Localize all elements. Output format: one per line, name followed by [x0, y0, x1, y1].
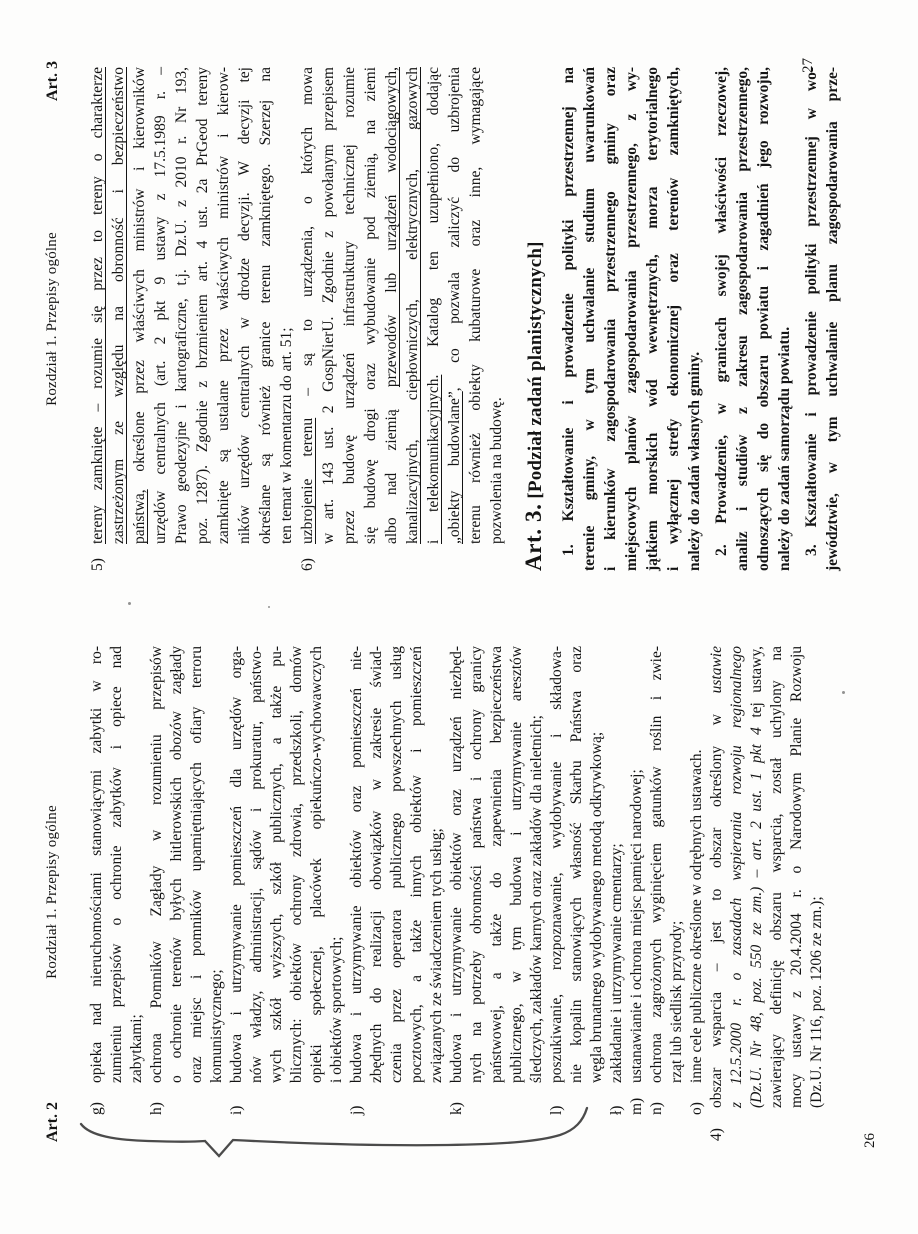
list-item-5: 5)tereny zamknięte – rozumie się przez t… [87, 67, 297, 571]
text-line: budowa i utrzymywanie pomieszczeń dla ur… [227, 646, 247, 1083]
text-line: uzbrojenie terenu – są to urządzenia, o … [297, 67, 318, 544]
text-line: nów władzy, administracji, sądów i proku… [247, 646, 267, 1083]
text-line: 2. Prowadzenie, w granicach swojej właśc… [711, 67, 732, 571]
text-line: komunistycznego; [207, 646, 227, 1083]
scanned-book-spread: Art. 2 Rozdział 1. Przepisy ogólne g)opi… [0, 0, 918, 1234]
text-line: Art. 3. [Podział zadań planistycznych] [522, 67, 548, 571]
text-segment: i wyłącznej strefy ekonomicznej oraz ter… [665, 67, 682, 571]
text-line: publicznego, w tym budowa i utrzymywanie… [507, 646, 527, 1083]
running-head-article-left: Art. 2 [44, 1102, 62, 1142]
text-line: i obiektów sportowych; [327, 646, 347, 1083]
item-marker: 6) [297, 558, 318, 571]
text-segment: o ochronie terenów byłych hitlerowskich … [168, 646, 185, 1083]
text-line: zumieniu przepisów o ochronie zabytków i… [107, 646, 127, 1083]
text-line: ustanawianie i ochrona miejsc pamięci na… [627, 646, 647, 1083]
text-line: zbędnych do realizacji obowiązków w zakr… [367, 646, 387, 1083]
rotated-page-spread: Art. 2 Rozdział 1. Przepisy ogólne g)opi… [0, 0, 918, 1234]
text-segment: urzędów centralnych (art. 2 pkt 9 ustawy… [152, 67, 169, 544]
text-segment: mocy ustawy z 20.4.2004 r. o Narodowym P… [788, 646, 805, 1108]
text-line: obszar wsparcia – jest to obszar określo… [707, 646, 727, 1108]
text-segment: przewodów lub urządzeń wodociągowych, [383, 67, 400, 387]
list-item-ł: ł)zakładanie i utrzymywanie cmentarzy; [607, 646, 627, 1116]
text-segment: jątkiem morskich wód wewnętrznych, morza… [644, 67, 661, 571]
item-marker: 4) [707, 1128, 727, 1141]
text-line: należy do zadań samorządu powiatu. [774, 67, 795, 571]
list-item-i: i)budowa i utrzymywanie pomieszczeń dla … [227, 646, 347, 1116]
page-number: 27 [800, 58, 817, 73]
text-segment: terenie gminy, w tym uchwalanie studium … [581, 67, 598, 571]
text-segment: zawierający definicję obszaru wsparcia, … [768, 646, 785, 1108]
text-segment: 3. Kształtowanie i prowadzenie polityki … [803, 67, 820, 556]
text-segment: (Dz.U. Nr 116, poz. 1206 ze zm.); [808, 896, 825, 1108]
text-segment: 2. Prowadzenie, w granicach swojej właśc… [713, 67, 730, 556]
text-segment: określane są również granice terenu zamk… [257, 67, 274, 544]
page-27: Rozdział 1. Przepisy ogólne Art. 3 5)ter… [0, 0, 918, 617]
list-item-o: o)inne cele publiczne określone w odrębn… [687, 646, 707, 1116]
text-segment: i telekomunikacyjnych. [425, 375, 442, 544]
list-item-h: h)ochrona Pomników Zagłady w rozumieniu … [147, 646, 227, 1116]
text-line: zawierający definicję obszaru wsparcia, … [767, 646, 787, 1108]
text-segment: państwa, [131, 489, 148, 544]
text-segment: analiz i studiów z zakresu zagospodarowa… [734, 67, 751, 571]
text-line: poz. 1287). Zgodnie z brzmieniem art. 4 … [192, 67, 213, 544]
text-segment: tereny zamknięte – rozumie się przez to … [89, 67, 106, 544]
text-segment: terenu również obiekty kubaturowe oraz i… [467, 67, 484, 544]
text-segment: miejscowych planów zagospodarowania prze… [623, 67, 640, 571]
text-line: jewództwie, w tym uchwalanie planu zagos… [822, 67, 843, 571]
text-line: rząt lub siedlisk przyrody; [667, 646, 687, 1083]
text-segment: inne cele publiczne określone w odrębnyc… [688, 749, 705, 1083]
list-item-k: k)budowa i utrzymywanie obiektów oraz ur… [447, 646, 547, 1116]
text-segment: z 12.5.2000 r. o zasadach wspierania roz… [728, 646, 745, 1108]
page-27-header: Rozdział 1. Przepisy ogólne Art. 3 [44, 67, 66, 571]
text-line: w art. 143 ust. 2 GospNierU. Zgodnie z p… [318, 67, 339, 544]
text-segment: pocztowych, a także innych obiektów i po… [408, 646, 425, 1083]
text-segment: odnoszących się do obszaru powiatu i zag… [755, 67, 772, 571]
item-marker: o) [687, 1102, 707, 1115]
text-line: odnoszących się do obszaru powiatu i zag… [753, 67, 774, 571]
text-line: państwa, określone przez właściwych mini… [129, 67, 150, 544]
text-line: z 12.5.2000 r. o zasadach wspierania roz… [727, 646, 747, 1108]
text-segment: – [748, 860, 765, 887]
text-segment: oraz miejsc i pomników upamiętniających … [188, 646, 205, 1083]
text-segment: komunistycznego; [208, 969, 225, 1083]
text-line: ników urzędów centralnych w drodze decyz… [234, 67, 255, 544]
text-segment: budowa i utrzymywanie pomieszczeń dla ur… [228, 646, 245, 1083]
text-line: wych szkół wyższych, szkół publicznych, … [267, 646, 287, 1083]
page-26-content: Art. 2 Rozdział 1. Przepisy ogólne g)opi… [44, 646, 827, 1138]
text-segment: – są to urządzenia, o których mowa [299, 67, 316, 418]
text-line: zabytkami; [127, 646, 147, 1083]
page-26: Art. 2 Rozdział 1. Przepisy ogólne g)opi… [0, 617, 918, 1234]
text-line: węgla brunatnego wydobywanego metodą odk… [587, 646, 607, 1083]
text-line: nych na potrzeby obronności państwa i oc… [467, 646, 487, 1083]
page-26-body: g)opieka nad nieruchomościami stanowiący… [87, 646, 827, 1138]
text-segment: należy do zadań własnych gminy. [686, 352, 703, 571]
item-marker: n) [647, 1102, 667, 1115]
text-segment: należy do zadań samorządu powiatu. [776, 327, 793, 571]
text-line: państwowej, a także do zapewnienia bezpi… [487, 646, 507, 1083]
text-segment: się budowę drogi oraz wybudowanie pod zi… [362, 67, 379, 544]
text-segment: ustanawianie i ochrona miejsc pamięci na… [628, 769, 645, 1083]
text-line: i wyłącznej strefy ekonomicznej oraz ter… [663, 67, 684, 571]
text-line: należy do zadań własnych gminy. [684, 67, 705, 571]
scan-speck [268, 606, 270, 608]
text-segment: zakładanie i utrzymywanie cmentarzy; [608, 843, 625, 1083]
text-line: ten temat w komentarzu do art. 51; [276, 67, 297, 544]
page-27-content: Rozdział 1. Przepisy ogólne Art. 3 5)ter… [44, 67, 849, 571]
text-line: oraz miejsc i pomników upamiętniających … [187, 646, 207, 1083]
text-line: przez budowę urządzeń infrastruktury tec… [339, 67, 360, 544]
text-segment: nie kopalin stanowiących własność Skarbu… [568, 646, 585, 1083]
text-line: ochrona zagrożonych wyginięciem gatunków… [647, 646, 667, 1083]
text-segment: Prawo geodezyjne i kartograficzne, t.j. … [173, 67, 190, 544]
text-line: (Dz.U. Nr 48, poz. 550 ze zm.) – art. 2 … [747, 646, 767, 1108]
text-line: Prawo geodezyjne i kartograficzne, t.j. … [171, 67, 192, 544]
page-27-body: 5)tereny zamknięte – rozumie się przez t… [87, 67, 843, 571]
text-segment: ten temat w komentarzu do art. 51; [278, 327, 295, 544]
text-segment: [Podział zadań planistycznych] [525, 241, 546, 503]
text-line: 3. Kształtowanie i prowadzenie polityki … [801, 67, 822, 571]
text-segment: zamknięte są ustalane przez właściwych m… [215, 67, 232, 544]
text-segment: pozwolenia na budowę. [488, 397, 505, 544]
text-line: zakładanie i utrzymywanie cmentarzy; [607, 646, 627, 1083]
page-26-header: Art. 2 Rozdział 1. Przepisy ogólne [44, 646, 66, 1138]
text-line: i telekomunikacyjnych. Katalog ten uzupe… [423, 67, 444, 544]
text-line: zastrzeżonym ze względu na obronność i b… [108, 67, 129, 544]
statute-para: 3. Kształtowanie i prowadzenie polityki … [801, 67, 843, 571]
text-line: zamknięte są ustalane przez właściwych m… [213, 67, 234, 544]
text-segment: nów władzy, administracji, sądów i proku… [248, 646, 265, 1083]
statute-heading: Art. 3. [Podział zadań planistycznych] [522, 67, 548, 571]
text-line: pozwolenia na budowę. [486, 67, 507, 544]
text-line: miejscowych planów zagospodarowania prze… [621, 67, 642, 571]
text-line: albo nad ziemią przewodów lub urządzeń w… [381, 67, 402, 544]
text-segment: Art. 3. [521, 504, 546, 571]
text-segment: poz. 1287). Zgodnie z brzmieniem art. 4 … [194, 67, 211, 544]
text-segment: „obiekty budowlane” [446, 391, 463, 544]
list-item-l: l)poszukiwanie, rozpoznawanie, wydobywan… [547, 646, 607, 1116]
running-head-chapter: Rozdział 1. Przepisy ogólne [44, 646, 61, 1138]
text-line: terenie gminy, w tym uchwalanie studium … [579, 67, 600, 571]
text-segment: i obiektów sportowych; [328, 937, 345, 1083]
scan-speck [842, 691, 845, 694]
text-line: nie kopalin stanowiących własność Skarbu… [567, 646, 587, 1083]
scan-speck [128, 602, 131, 605]
text-segment: związanych ze świadczeniem tych usług; [428, 828, 445, 1083]
text-segment: przez budowę urządzeń infrastruktury tec… [341, 67, 358, 544]
text-line: się budowę drogi oraz wybudowanie pod zi… [360, 67, 381, 544]
text-segment: śledczych, zakładów karnych oraz zakładó… [528, 715, 545, 1083]
text-line: kanalizacyjnych, ciepłowniczych, elektry… [402, 67, 423, 544]
text-line: tereny zamknięte – rozumie się przez to … [87, 67, 108, 544]
text-segment: opieka nad nieruchomościami stanowiącymi… [88, 646, 105, 1083]
text-segment: albo nad ziemią [383, 387, 400, 544]
running-head-article-right: Art. 3 [44, 61, 62, 101]
text-line: jątkiem morskich wód wewnętrznych, morza… [642, 67, 663, 571]
text-segment: zastrzeżonym ze względu na obronność i b… [110, 67, 127, 544]
text-line: blicznych: obiektów ochrony zdrowia, prz… [287, 646, 307, 1083]
list-item-m: m)ustanawianie i ochrona miejsc pamięci … [627, 646, 647, 1116]
text-line: „obiekty budowlane”, co pozwala zaliczyć… [444, 67, 465, 544]
text-segment: Katalog ten uzupełniono, dodając [425, 67, 442, 375]
text-segment: poszukiwanie, rozpoznawanie, wydobywanie… [548, 646, 565, 1083]
text-segment: kanalizacyjnych, ciepłowniczych, elektry… [404, 67, 421, 544]
text-line: opieki społecznej, placówek opiekuńczo-w… [307, 646, 327, 1083]
text-segment: ochrona zagrożonych wyginięciem gatunków… [648, 646, 665, 1083]
text-line: 1. Kształtowanie i prowadzenie polityki … [558, 67, 579, 571]
item-marker: m) [627, 1098, 647, 1115]
text-segment: (Dz.U. Nr 48, poz. 550 ze zm.) [748, 887, 765, 1108]
text-segment: węgla brunatnego wydobywanego metodą odk… [588, 732, 605, 1083]
text-line: poszukiwanie, rozpoznawanie, wydobywanie… [547, 646, 567, 1083]
text-segment: ustawie [708, 646, 725, 693]
text-line: analiz i studiów z zakresu zagospodarowa… [732, 67, 753, 571]
text-segment: określone przez właściwych ministrów i k… [131, 67, 148, 489]
text-segment: i kierunków zagospodarowania przestrzenn… [602, 67, 619, 571]
text-segment: ników urzędów centralnych w drodze decyz… [236, 67, 253, 544]
list-item-n: n)ochrona zagrożonych wyginięciem gatunk… [647, 646, 687, 1116]
text-segment: zabytkami; [128, 1014, 145, 1083]
page-number: 26 [862, 1133, 879, 1148]
text-segment: państwowej, a także do zapewnienia bezpi… [488, 646, 505, 1083]
text-line: śledczych, zakładów karnych oraz zakładó… [527, 646, 547, 1083]
text-segment: publicznego, w tym budowa i utrzymywanie… [508, 646, 525, 1083]
list-item-6: 6)uzbrojenie terenu – są to urządzenia, … [297, 67, 507, 571]
text-segment: w art. 143 ust. 2 GospNierU. Zgodnie z p… [320, 67, 337, 544]
text-segment: czenia przez operatora publicznego powsz… [388, 646, 405, 1083]
text-segment: tej ustawy, [748, 646, 765, 727]
text-segment: obszar wsparcia – jest to obszar określo… [708, 693, 725, 1108]
text-line: i kierunków zagospodarowania przestrzenn… [600, 67, 621, 571]
list-item-g: g)opieka nad nieruchomościami stanowiący… [87, 646, 147, 1116]
text-line: budowa i utrzymywanie obiektów oraz urzą… [447, 646, 467, 1083]
text-segment: rząt lub siedlisk przyrody; [668, 921, 685, 1083]
text-segment: opieki społecznej, placówek opiekuńczo-w… [308, 646, 325, 1083]
text-segment: zumieniu przepisów o ochronie zabytków i… [108, 646, 125, 1083]
item-marker: 5) [87, 558, 108, 571]
text-segment: budowa i utrzymywanie obiektów oraz pomi… [348, 646, 365, 1083]
text-segment: 1. Kształtowanie i prowadzenie polityki … [560, 67, 577, 556]
text-segment: jewództwie, w tym uchwalanie planu zagos… [824, 67, 841, 571]
text-line: mocy ustawy z 20.4.2004 r. o Narodowym P… [787, 646, 807, 1108]
text-segment: uzbrojenie terenu [299, 418, 316, 544]
text-line: określane są również granice terenu zamk… [255, 67, 276, 544]
list-item-j: j)budowa i utrzymywanie obiektów oraz po… [347, 646, 447, 1116]
running-head-chapter: Rozdział 1. Przepisy ogólne [44, 67, 61, 571]
pencil-margin-bracket [78, 1106, 598, 1168]
text-line: ochrona Pomników Zagłady w rozumieniu pr… [147, 646, 167, 1083]
text-segment: blicznych: obiektów ochrony zdrowia, prz… [288, 646, 305, 1083]
list-item-4: 4)obszar wsparcia – jest to obszar okreś… [707, 646, 827, 1138]
text-line: związanych ze świadczeniem tych usług; [427, 646, 447, 1083]
text-line: o ochronie terenów byłych hitlerowskich … [167, 646, 187, 1083]
text-segment: nych na potrzeby obronności państwa i oc… [468, 646, 485, 1083]
text-line: budowa i utrzymywanie obiektów oraz pomi… [347, 646, 367, 1083]
statute-para: 1. Kształtowanie i prowadzenie polityki … [558, 67, 705, 571]
text-segment: art. 2 ust. 1 pkt 4 [748, 727, 765, 860]
text-segment: ochrona Pomników Zagłady w rozumieniu pr… [148, 646, 165, 1083]
text-segment: wych szkół wyższych, szkół publicznych, … [268, 646, 285, 1083]
text-line: urzędów centralnych (art. 2 pkt 9 ustawy… [150, 67, 171, 544]
text-line: opieka nad nieruchomościami stanowiącymi… [87, 646, 107, 1083]
text-segment: , co pozwala zaliczyć do uzbrojenia [446, 67, 463, 391]
text-segment: zbędnych do realizacji obowiązków w zakr… [368, 646, 385, 1083]
text-segment: budowa i utrzymywanie obiektów oraz urzą… [448, 646, 465, 1083]
text-line: terenu również obiekty kubaturowe oraz i… [465, 67, 486, 544]
text-line: czenia przez operatora publicznego powsz… [387, 646, 407, 1083]
text-line: pocztowych, a także innych obiektów i po… [407, 646, 427, 1083]
statute-para: 2. Prowadzenie, w granicach swojej właśc… [711, 67, 795, 571]
text-line: (Dz.U. Nr 116, poz. 1206 ze zm.); [807, 646, 827, 1108]
item-marker: ł) [607, 1106, 627, 1115]
text-line: inne cele publiczne określone w odrębnyc… [687, 646, 707, 1083]
